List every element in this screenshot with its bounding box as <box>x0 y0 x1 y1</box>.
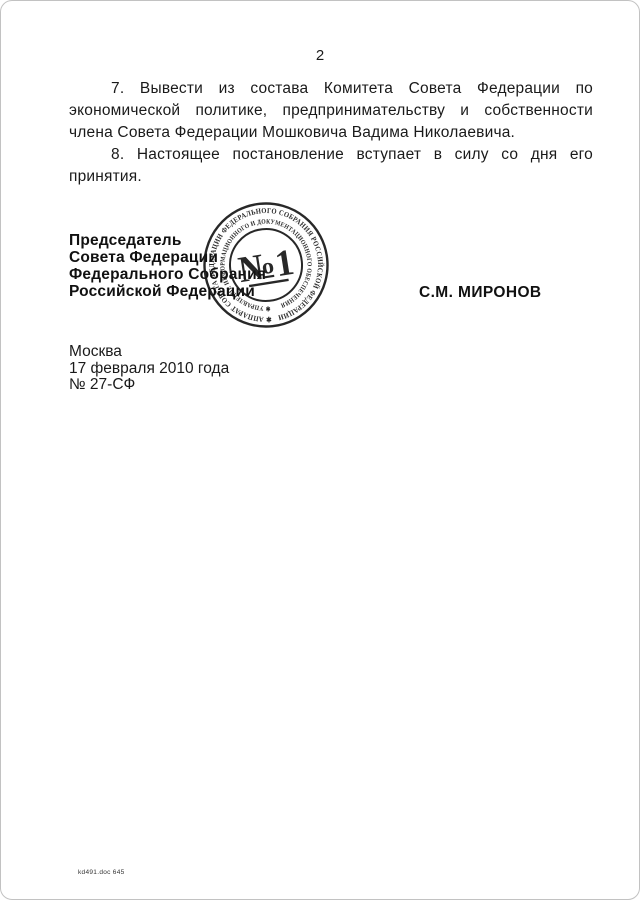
paragraph-8: 8. Настоящее постановление вступает в си… <box>69 144 593 188</box>
signer-name: С.М. МИРОНОВ <box>419 284 542 302</box>
doc-number: № 27-СФ <box>69 377 229 394</box>
page-number: 2 <box>1 47 639 64</box>
official-seal-stamp-icon: ✱ АППАРАТ СОВЕТА ФЕДЕРАЦИИ ФЕДЕРАЛЬНОГО … <box>196 195 336 335</box>
footer-file-note: kd491.doc 645 <box>78 869 125 876</box>
paragraph-7: 7. Вывести из состава Комитета Совета Фе… <box>69 78 593 144</box>
city: Москва <box>69 344 229 361</box>
place-date-block: Москва 17 февраля 2010 года № 27-СФ <box>69 344 229 394</box>
document-page: 2 7. Вывести из состава Комитета Совета … <box>0 0 640 900</box>
date: 17 февраля 2010 года <box>69 361 229 378</box>
document-body: 7. Вывести из состава Комитета Совета Фе… <box>69 78 593 188</box>
